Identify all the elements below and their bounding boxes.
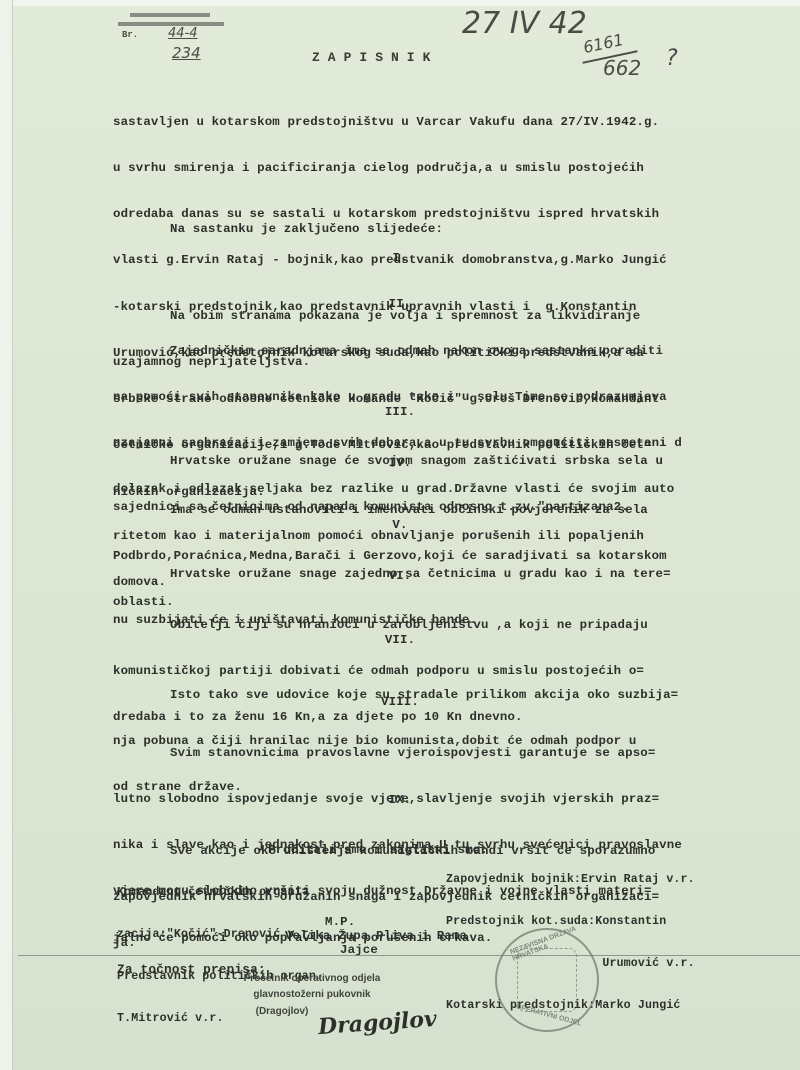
handwritten-date: 27 IV 42 — [462, 6, 587, 41]
intro-line: odredaba danas su se sastali u kotarskom… — [113, 207, 667, 222]
section-numeral: III. — [0, 405, 800, 420]
signatories-left: Komandant četničkih organi= zacija:"Koči… — [117, 858, 323, 1054]
handwritten-question-mark: ? — [666, 46, 678, 71]
office-city: Jajce — [340, 943, 378, 958]
section-numeral: I. — [0, 251, 800, 266]
document-title: ZAPISNIK — [312, 50, 438, 65]
section-numeral: VIII. — [0, 695, 800, 710]
intro-line: u svrhu smirenja i pacificiranja cielog … — [113, 161, 667, 176]
official-seal: NEZAVISNA DRŽAVA HRVATSKA OPERATIVNI ODJ… — [495, 928, 599, 1032]
certifier-title: Pročelnik operativnog odjela — [212, 973, 412, 984]
intro-line: sastavljen u kotarskom predstojništvu u … — [113, 115, 667, 130]
section-numeral: VII. — [0, 633, 800, 648]
section-numeral: V. — [0, 518, 800, 533]
section-numeral: II. — [0, 297, 800, 312]
section-numeral: IX. — [0, 793, 800, 808]
page-left-edge — [0, 0, 13, 1070]
signatory-line: Zapovjednik bojnik:Ervin Rataj v.r. — [446, 873, 695, 887]
stamp-line — [130, 13, 210, 17]
certifier-rank: glavnostožerni pukovnik — [212, 989, 412, 1000]
page-top-edge — [0, 0, 800, 6]
document-page: Br. 44-4 234 ZAPISNIK 27 IV 42 6161 662 … — [0, 0, 800, 1070]
section-numeral: IV. — [0, 456, 800, 471]
handwritten-ref-bottom: 662 — [603, 56, 641, 80]
section-numeral: VI. — [0, 569, 800, 584]
registry-number-2: 234 — [172, 44, 201, 62]
registry-number-1: 44-4 — [168, 26, 198, 41]
separator-line — [18, 955, 800, 956]
signatory-line: Komandant četničkih organi= — [117, 886, 323, 900]
conclusion-line: Na sastanku je zaključeno slijedeće: — [170, 222, 443, 237]
registry-prefix: Br. — [122, 30, 138, 40]
